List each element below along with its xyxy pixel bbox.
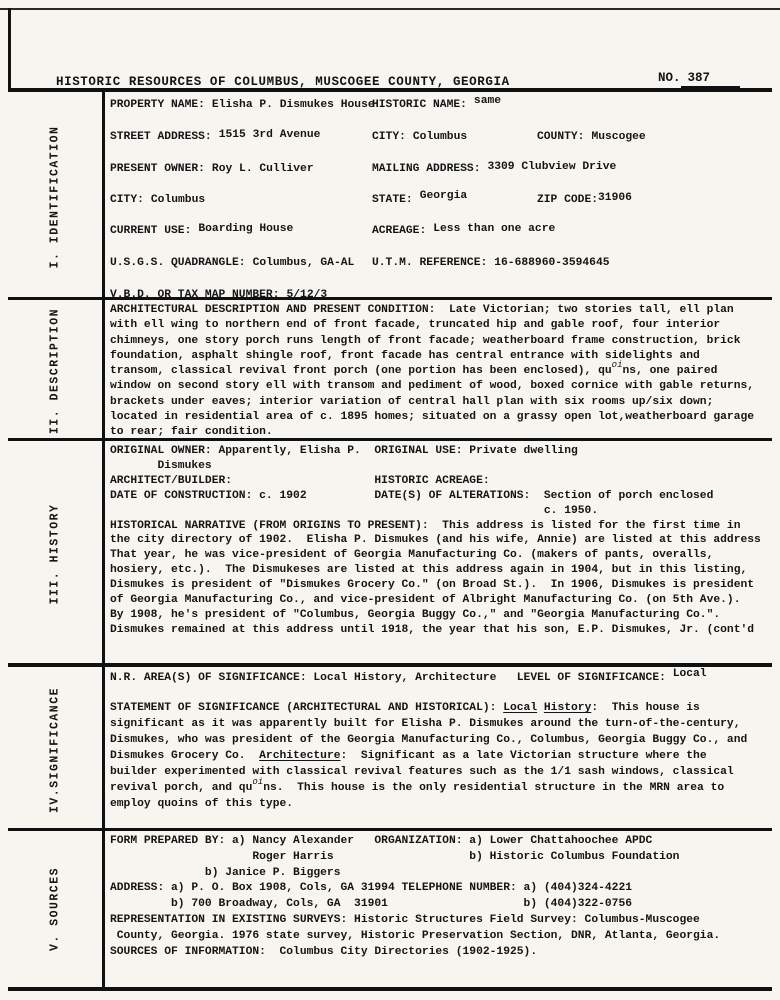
description-line: brackets under eaves; interior variation… xyxy=(110,395,772,410)
section-description-content: ARCHITECTURAL DESCRIPTION AND PRESENT CO… xyxy=(105,300,772,441)
field-usgs-quadrangle: U.S.G.S. QUADRANGLE:Columbus, GA-AL xyxy=(110,257,354,269)
sources-line: b) Janice P. Biggers xyxy=(110,866,772,882)
field-mailing-address: MAILING ADDRESS:3309 Clubview Drive xyxy=(372,163,616,175)
statement-line: Dismukes, who was president of the Georg… xyxy=(110,732,772,748)
section-significance-content: N.R. AREA(S) OF SIGNIFICANCE: Local Hist… xyxy=(105,667,772,832)
section-identification-sidebar: I. IDENTIFICATION xyxy=(8,92,105,301)
history-line: ARCHITECT/BUILDER: HISTORIC ACREAGE: xyxy=(110,474,772,489)
field-zip-code: ZIP CODE:31906 xyxy=(537,194,632,206)
blank-line xyxy=(110,686,772,700)
sources-line: County, Georgia. 1976 state survey, Hist… xyxy=(110,929,772,945)
field-owner-city: CITY:Columbus xyxy=(110,194,205,206)
section-sources-label: V. SOURCES xyxy=(49,867,62,951)
history-line: c. 1950. xyxy=(110,504,772,519)
history-line: ORIGINAL OWNER: Apparently, Elisha P. OR… xyxy=(110,444,772,459)
field-state: STATE:Georgia xyxy=(372,194,467,206)
narrative-line: the city directory of 1902. Elisha P. Di… xyxy=(110,533,772,548)
description-line: transom, classical revival front porch (… xyxy=(110,364,772,379)
description-line: ARCHITECTURAL DESCRIPTION AND PRESENT CO… xyxy=(110,303,772,318)
history-line: Dismukes xyxy=(110,459,772,474)
description-line: with ell wing to northern end of front f… xyxy=(110,318,772,333)
section-description: II. DESCRIPTION ARCHITECTURAL DESCRIPTIO… xyxy=(8,297,772,441)
narrative-line: hosiery, etc.). The Dismukeses are liste… xyxy=(110,563,772,578)
section-description-label: II. DESCRIPTION xyxy=(49,307,62,433)
statement-line: Dismukes Grocery Co. Architecture: Signi… xyxy=(110,748,772,764)
narrative-line: Dismukes remained at this address until … xyxy=(110,623,772,638)
field-property-name: PROPERTY NAME:Elisha P. Dismukes House xyxy=(110,99,375,111)
field-historic-name: HISTORIC NAME:same xyxy=(372,99,501,111)
sources-line: b) 700 Broadway, Cols, GA 31901 b) (404)… xyxy=(110,897,772,913)
section-history-label: III. HISTORY xyxy=(49,503,62,604)
field-current-use: CURRENT USE:Boarding House xyxy=(110,225,293,237)
sources-line: REPRESENTATION IN EXISTING SURVEYS: Hist… xyxy=(110,913,772,929)
section-identification: I. IDENTIFICATION PROPERTY NAME:Elisha P… xyxy=(8,88,772,301)
narrative-line: HISTORICAL NARRATIVE (FROM ORIGINS TO PR… xyxy=(110,519,772,534)
section-history-sidebar: III. HISTORY xyxy=(8,441,105,666)
field-acreage: ACREAGE:Less than one acre xyxy=(372,225,555,237)
section-history: III. HISTORY ORIGINAL OWNER: Apparently,… xyxy=(8,438,772,666)
survey-form-page: HISTORIC RESOURCES OF COLUMBUS, MUSCOGEE… xyxy=(0,0,780,1000)
sources-line: FORM PREPARED BY: a) Nancy Alexander ORG… xyxy=(110,834,772,850)
statement-line: STATEMENT OF SIGNIFICANCE (ARCHITECTURAL… xyxy=(110,700,772,716)
narrative-line: By 1908, he's president of "Columbus, Ge… xyxy=(110,608,772,623)
narrative-line: of Georgia Manufacturing Co., and vice-p… xyxy=(110,593,772,608)
field-present-owner: PRESENT OWNER:Roy L. Culliver xyxy=(110,163,314,175)
description-line: window on second story ell with transom … xyxy=(110,379,772,394)
statement-line: revival porch, and quoins. This house is… xyxy=(110,780,772,796)
nr-area-of-significance-line: N.R. AREA(S) OF SIGNIFICANCE: Local Hist… xyxy=(110,670,772,686)
section-sources-sidebar: V. SOURCES xyxy=(8,831,105,987)
section-history-content: ORIGINAL OWNER: Apparently, Elisha P. OR… xyxy=(105,441,772,666)
page-top-edge xyxy=(0,8,780,10)
description-line: foundation, asphalt shingle roof, front … xyxy=(110,349,772,364)
field-city: CITY:Columbus xyxy=(372,131,467,143)
section-description-sidebar: II. DESCRIPTION xyxy=(8,300,105,441)
statement-line: builder experimented with classical revi… xyxy=(110,764,772,780)
form-number-value: 387 xyxy=(681,71,741,88)
narrative-line: Dismukes is president of "Dismukes Groce… xyxy=(110,578,772,593)
sources-line: SOURCES OF INFORMATION: Columbus City Di… xyxy=(110,945,772,961)
description-line: chimneys, one story porch runs length of… xyxy=(110,334,772,349)
history-line: DATE OF CONSTRUCTION: c. 1902 DATE(S) OF… xyxy=(110,489,772,504)
description-line: located in residential area of c. 1895 h… xyxy=(110,410,772,425)
form-number-label: NO. xyxy=(658,71,681,85)
section-significance: IV.SIGNIFICANCE N.R. AREA(S) OF SIGNIFIC… xyxy=(8,663,772,832)
field-utm-reference: U.T.M. REFERENCE:16-688960-3594645 xyxy=(372,257,610,269)
section-significance-sidebar: IV.SIGNIFICANCE xyxy=(8,667,105,832)
narrative-line: That year, he was vice-president of Geor… xyxy=(110,548,772,563)
statement-line: employ quoins of this type. xyxy=(110,796,772,812)
section-sources-content: FORM PREPARED BY: a) Nancy Alexander ORG… xyxy=(105,831,772,987)
section-identification-label: I. IDENTIFICATION xyxy=(49,125,62,268)
field-county: COUNTY:Muscogee xyxy=(537,131,646,143)
sources-line: Roger Harris b) Historic Columbus Founda… xyxy=(110,850,772,866)
sources-line: ADDRESS: a) P. O. Box 1908, Cols, GA 319… xyxy=(110,881,772,897)
statement-line: significant as it was apparently built f… xyxy=(110,716,772,732)
section-identification-content: PROPERTY NAME:Elisha P. Dismukes House H… xyxy=(105,92,772,301)
section-sources: V. SOURCES FORM PREPARED BY: a) Nancy Al… xyxy=(8,828,772,987)
section-significance-label: IV.SIGNIFICANCE xyxy=(49,686,62,812)
field-street-address: STREET ADDRESS:1515 3rd Avenue xyxy=(110,131,320,143)
